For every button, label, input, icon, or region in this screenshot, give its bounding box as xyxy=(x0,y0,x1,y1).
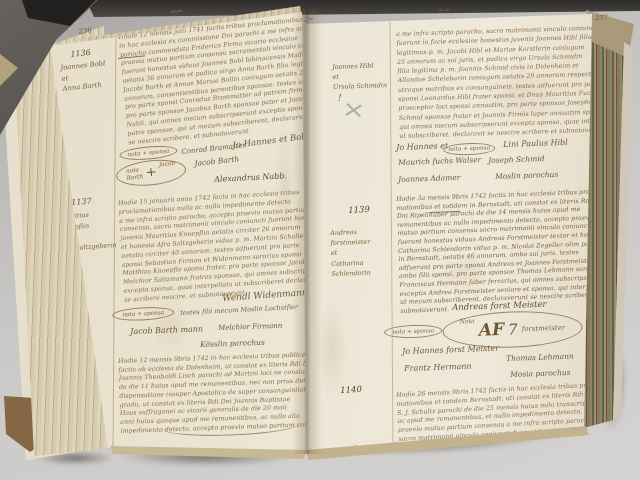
monogram-name: forstmeister xyxy=(522,324,566,334)
monogram-digit: 7 xyxy=(508,320,518,338)
marriage-entry-1137: Hodie 15 januarii anno 1742 facta in hac… xyxy=(118,188,314,305)
margin-name: forstmeister xyxy=(330,237,370,249)
margin-entry-number: 1139 xyxy=(348,205,370,216)
signature: Lini Paulus Hibl xyxy=(503,138,568,149)
margin-entry-number: 1140 xyxy=(340,385,362,396)
gutter xyxy=(292,8,322,454)
nota-sponsa-oval: nota + sponsa xyxy=(384,324,442,339)
page-number-left: 236 xyxy=(78,26,92,36)
marriage-entry-1139: Hodie 3a mensis 9bris 1742 factis in hac… xyxy=(396,189,592,317)
signature: Frantz Hermann xyxy=(404,362,472,373)
nota-circle-annotation: nota Barth + Jacob xyxy=(115,157,187,189)
signature: Jacob Barth mann xyxy=(130,324,203,336)
header-mark: 2= xyxy=(303,15,314,24)
signature: Joseph Schmid xyxy=(488,154,545,165)
nota-circle-word: Barth xyxy=(126,174,143,183)
exclamation-mark: ! xyxy=(338,94,342,104)
signature: Maurich fuchs Walser xyxy=(398,155,481,167)
photo-scene: 1136 Joannes BobletAnna Barth Hodie 12 m… xyxy=(0,0,640,480)
margin-entry-number: 1136 xyxy=(70,48,91,59)
signature: Alexandrus Nabb. xyxy=(214,171,287,184)
nota-circle-left-column: nota Barth xyxy=(126,167,144,183)
signature: Mosia parochus xyxy=(510,368,571,379)
signature: Moslin parochus xyxy=(495,170,558,181)
nota-circle-word: Jacob xyxy=(158,159,175,169)
header-scribble: ≈≈ xyxy=(170,7,183,16)
marriage-entry-1136: Hodie 12 mensis julii 1741 factis tribus… xyxy=(118,16,318,148)
header-mark: ≈≈ xyxy=(438,6,450,14)
monogram-initials: AF xyxy=(479,320,505,341)
signature: Jacob Barth xyxy=(194,154,239,168)
signature: Kösslin parochus xyxy=(200,338,265,349)
margin-names: Joannes HibletUrsula Schmidin xyxy=(332,60,387,92)
margin-entry-number: 1137 xyxy=(71,197,92,207)
signature: Joannes Adamer xyxy=(398,173,460,184)
marriage-entry-hibl: a me infra scripto parocho, sacro matrim… xyxy=(396,24,591,142)
margin-name: Schlendorin xyxy=(331,267,371,279)
signature: Thomas Lehmann xyxy=(506,352,574,363)
nota-line: testes filii mecum Moslin Lochstfier xyxy=(180,303,298,317)
cross-mark: + xyxy=(145,165,157,181)
signature: Jo Hannes et xyxy=(396,141,448,152)
margin-names: AndreasforstmeisteretCatharinaSchlendori… xyxy=(330,227,371,279)
margin-names: Joannes BobletAnna Barth xyxy=(60,58,108,94)
margin-rule xyxy=(390,22,394,446)
margin-name: Ursula Schmidin xyxy=(333,80,387,92)
page-number-right: 237 xyxy=(595,13,608,22)
monogram-label: Nota xyxy=(459,314,474,326)
signature: Melchior Firmann xyxy=(218,322,283,332)
nota-sponsa-oval: nota + sponsa xyxy=(112,306,175,322)
pencil-cross-mark: × xyxy=(341,98,367,123)
nota-sponsa-oval: nota + sponsa xyxy=(443,142,495,156)
signature: Jo Hannes forst Meister xyxy=(402,344,499,356)
